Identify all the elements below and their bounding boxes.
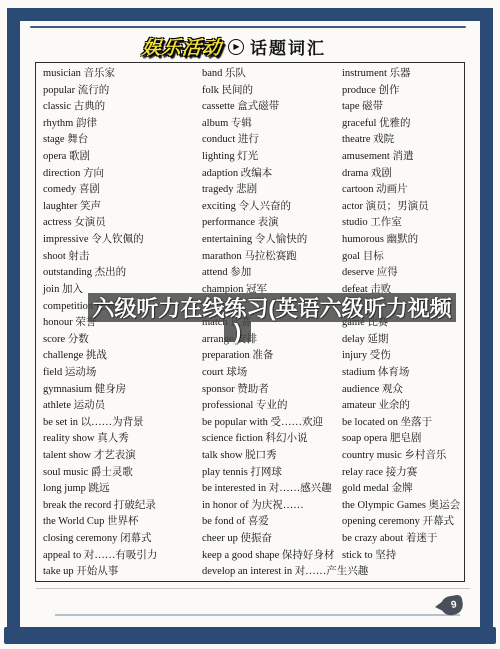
vocab-item: in honor of 为庆祝…… — [202, 498, 341, 515]
vocab-item: laughter 笑声 — [43, 199, 201, 216]
vocab-item: professional 专业的 — [202, 398, 341, 415]
vocab-item: reality show 真人秀 — [43, 431, 201, 448]
watermark-text: 六级听力在线练习(英语六级听力视频 — [92, 292, 451, 323]
vocab-item: adaption 改编本 — [202, 166, 341, 183]
vocab-item: outstanding 杰出的 — [43, 265, 201, 282]
vocab-item: cartoon 动画片 — [342, 182, 462, 199]
vocab-item: preparation 准备 — [202, 348, 341, 365]
vocab-item: actor 演员；男演员 — [342, 199, 462, 216]
vocab-item: stadium 体育场 — [342, 365, 462, 382]
vocab-item: band 乐队 — [202, 66, 341, 83]
vocab-item: be popular with 受……欢迎 — [202, 415, 341, 432]
vocab-item: country music 乡村音乐 — [342, 448, 462, 465]
page-frame-bottom — [4, 627, 496, 644]
vocab-item: theatre 戏院 — [342, 132, 462, 149]
vocab-item: be fond of 喜爱 — [202, 514, 341, 531]
vocab-item: stage 舞台 — [43, 132, 201, 149]
vocab-item: injury 受伤 — [342, 348, 462, 365]
vocab-item: studio 工作室 — [342, 215, 462, 232]
vocab-item: direction 方向 — [43, 166, 201, 183]
vocab-item: deserve 应得 — [342, 265, 462, 282]
vocab-item: science fiction 科幻小说 — [202, 431, 341, 448]
vocab-item: cassette 盒式磁带 — [202, 99, 341, 116]
vocab-item: conduct 进行 — [202, 132, 341, 149]
vocab-item: tape 磁带 — [342, 99, 462, 116]
vocab-item: amusement 消遣 — [342, 149, 462, 166]
vocab-item: soap opera 肥皂剧 — [342, 431, 462, 448]
vocab-item: lighting 灯光 — [202, 149, 341, 166]
vocab-item: score 分数 — [43, 332, 201, 349]
vocab-item: keep a good shape 保持好身材 — [202, 548, 341, 565]
vocab-item: graceful 优雅的 — [342, 116, 462, 133]
vocab-item: entertaining 令人愉快的 — [202, 232, 341, 249]
vocab-item: be located on 坐落于 — [342, 415, 462, 432]
vocab-item: talent show 才艺表演 — [43, 448, 201, 465]
vocab-item: stick to 坚持 — [342, 548, 462, 565]
vocab-item — [342, 564, 462, 581]
vocab-item: cheer up 使振奋 — [202, 531, 341, 548]
vocab-item: marathon 马拉松赛跑 — [202, 249, 341, 266]
vocab-item: exciting 令人兴奋的 — [202, 199, 341, 216]
vocab-item: impressive 令人钦佩的 — [43, 232, 201, 249]
footer-rule-light — [36, 588, 470, 589]
vocab-item: long jump 跳远 — [43, 481, 201, 498]
vocab-item: break the record 打破纪录 — [43, 498, 201, 515]
top-rule-line — [30, 26, 466, 28]
vocab-item: closing ceremony 闭幕式 — [43, 531, 201, 548]
watermark-overlay: 六级听力在线练习(英语六级听力视频 — [88, 293, 456, 322]
page-number: 9 — [450, 599, 457, 611]
vocab-item: popular 流行的 — [43, 83, 201, 100]
page-frame-top — [7, 8, 493, 21]
vocab-item: develop an interest in 对……产生兴趣 — [202, 564, 341, 581]
vocab-item: gymnasium 健身房 — [43, 382, 201, 399]
vocab-item: soul music 爵士灵歌 — [43, 465, 201, 482]
vocab-item: opening ceremony 开幕式 — [342, 514, 462, 531]
play-triangle-glyph: ▶ — [233, 43, 239, 51]
page-header: 娱乐活动 ▶ 话题词汇 — [0, 33, 484, 60]
vocab-item: rhythm 韵律 — [43, 116, 201, 133]
vocab-item: the Olympic Games 奥运会 — [342, 498, 462, 515]
vocab-item: comedy 喜剧 — [43, 182, 201, 199]
vocab-item: challenge 挑战 — [43, 348, 201, 365]
vocab-item: album 专辑 — [202, 116, 341, 133]
vocab-item: audience 观众 — [342, 382, 462, 399]
vocab-item: attend 参加 — [202, 265, 341, 282]
page-frame-left — [7, 8, 20, 628]
vocab-item: tragedy 悲剧 — [202, 182, 341, 199]
vocab-item: goal 目标 — [342, 249, 462, 266]
topic-badge: 娱乐活动 — [141, 33, 223, 60]
vocab-item: be set in 以……为背景 — [43, 415, 201, 432]
watermark-paren: ) — [234, 324, 241, 340]
vocab-column-2: band 乐队folk 民间的cassette 盒式磁带album 专辑cond… — [202, 66, 341, 581]
page-title: 话题词汇 — [250, 34, 326, 59]
vocab-item: relay race 接力赛 — [342, 465, 462, 482]
watermark-overlay-paren: ) — [224, 322, 251, 342]
vocab-item: sponsor 赞助者 — [202, 382, 341, 399]
page-frame-right — [480, 8, 493, 628]
vocab-item: be interested in 对……感兴趣 — [202, 481, 341, 498]
vocab-column-1: musician 音乐家popular 流行的classic 古典的rhythm… — [43, 66, 201, 581]
vocab-item: field 运动场 — [43, 365, 201, 382]
vocab-item: delay 延期 — [342, 332, 462, 349]
vocab-item: the World Cup 世界杯 — [43, 514, 201, 531]
vocab-item: talk show 脱口秀 — [202, 448, 341, 465]
vocab-item: arrange 安排 — [202, 332, 341, 349]
vocab-item: drama 戏剧 — [342, 166, 462, 183]
vocab-item: instrument 乐器 — [342, 66, 462, 83]
vocab-item: actress 女演员 — [43, 215, 201, 232]
vocab-column-3: instrument 乐器produce 创作tape 磁带graceful 优… — [342, 66, 462, 581]
footer-rule-faint — [55, 614, 460, 616]
vocab-item: produce 创作 — [342, 83, 462, 100]
vocab-item: gold medal 金牌 — [342, 481, 462, 498]
vocab-item: take up 开始从事 — [43, 564, 201, 581]
vocab-item: shoot 射击 — [43, 249, 201, 266]
vocab-item: court 球场 — [202, 365, 341, 382]
vocab-item: folk 民间的 — [202, 83, 341, 100]
vocab-item: classic 古典的 — [43, 99, 201, 116]
book-page: 娱乐活动 ▶ 话题词汇 musician 音乐家popular 流行的class… — [0, 0, 500, 649]
vocab-item: appeal to 对……有吸引力 — [43, 548, 201, 565]
vocab-item: amateur 业余的 — [342, 398, 462, 415]
vocab-item: opera 歌剧 — [43, 149, 201, 166]
vocab-item: performance 表演 — [202, 215, 341, 232]
vocab-item: humorous 幽默的 — [342, 232, 462, 249]
vocab-item: play tennis 打网球 — [202, 465, 341, 482]
vocab-item: athlete 运动员 — [43, 398, 201, 415]
vocab-item: musician 音乐家 — [43, 66, 201, 83]
vocab-item: be crazy about 着迷于 — [342, 531, 462, 548]
play-icon: ▶ — [228, 39, 244, 55]
